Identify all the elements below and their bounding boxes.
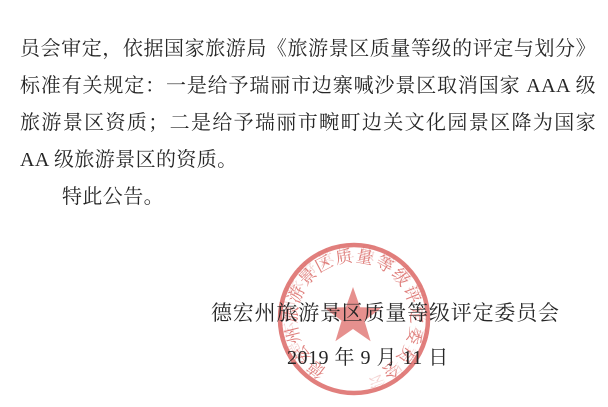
body-line-4: AA 级旅游景区的资质。 — [20, 142, 596, 179]
body-line-2: 标准有关规定：一是给予瑞丽市边寨喊沙景区取消国家 AAA 级 — [20, 68, 596, 105]
signature-committee-name: 德宏州旅游景区质量等级评定委员会 — [211, 297, 560, 327]
body-line-1: 员会审定，依据国家旅游局《旅游景区质量等级的评定与划分》 — [20, 31, 596, 68]
signature-date: 2019 年 9 月 11 日 — [287, 341, 449, 370]
body-line-3: 旅游景区资质；二是给予瑞丽市畹町边关文化园景区降为国家 — [20, 105, 596, 142]
announcement-body: 员会审定，依据国家旅游局《旅游景区质量等级的评定与划分》 标准有关规定：一是给予… — [20, 31, 596, 216]
closing-line: 特此公告。 — [20, 179, 596, 216]
announcement-document-page: 员会审定，依据国家旅游局《旅游景区质量等级的评定与划分》 标准有关规定：一是给予… — [0, 0, 608, 407]
